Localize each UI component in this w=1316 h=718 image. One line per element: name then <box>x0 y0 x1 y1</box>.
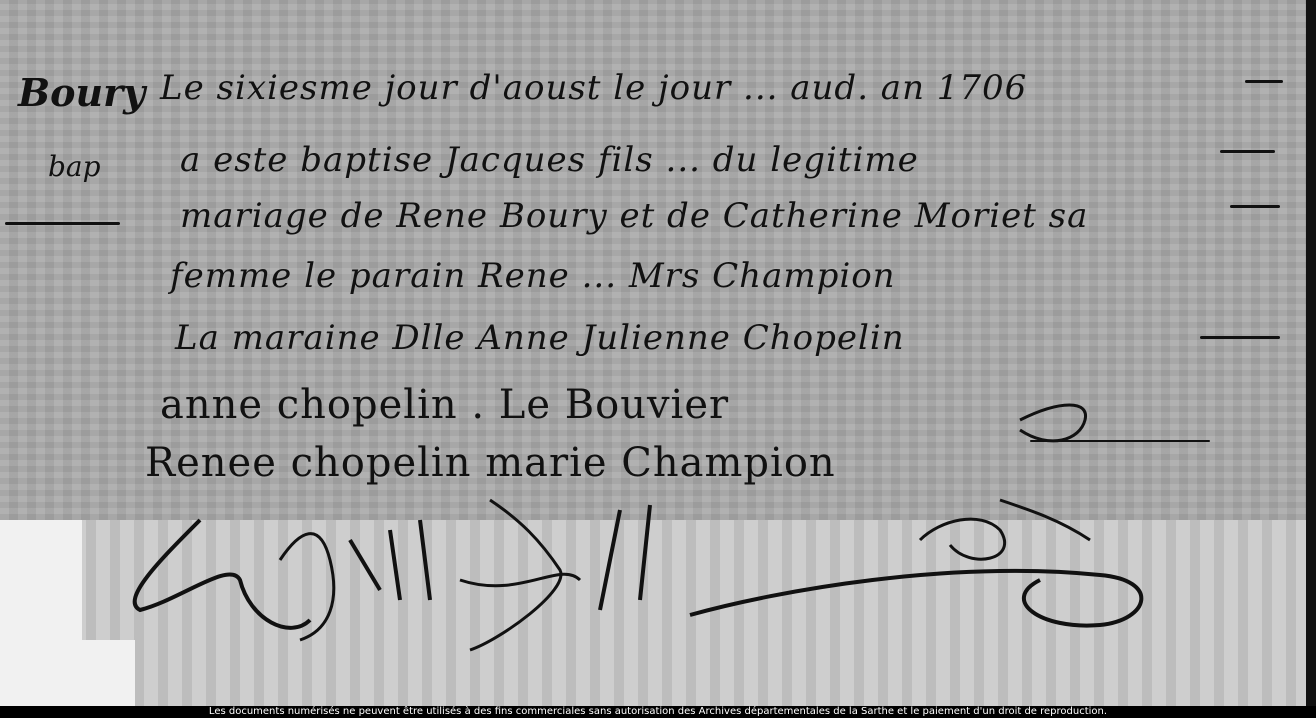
document-viewer: Boury bap Le sixiesme jour d'aoust le jo… <box>0 0 1316 706</box>
signature-flourishes <box>0 0 1316 706</box>
archive-usage-notice: Les documents numérisés ne peuvent être … <box>0 706 1316 718</box>
